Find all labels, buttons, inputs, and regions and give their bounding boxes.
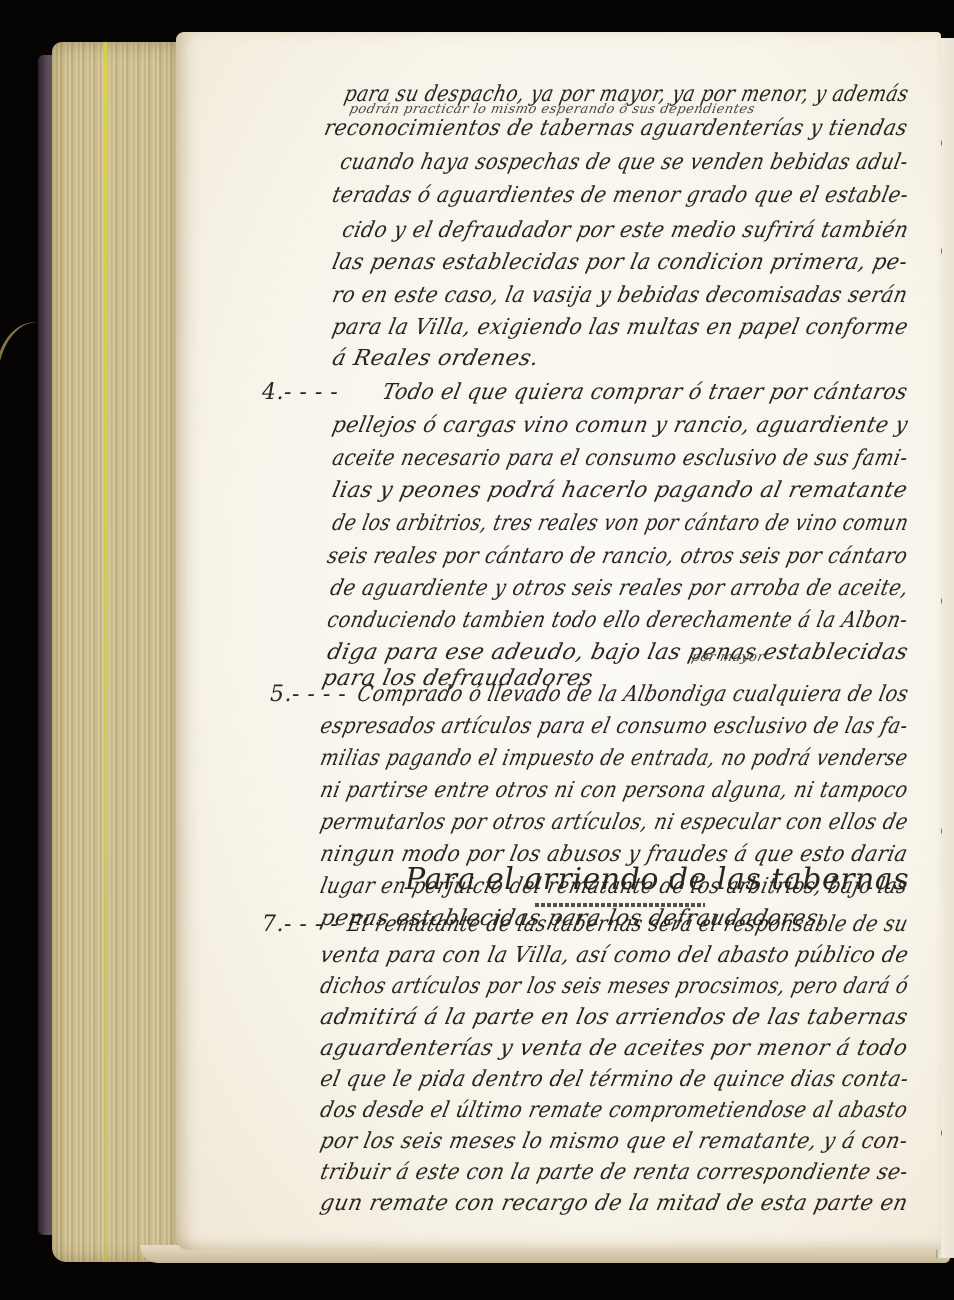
text-line: gun remate con recargo de la mitad de es… <box>318 1191 910 1216</box>
text-line: tribuir á este con la parte de renta cor… <box>318 1160 910 1185</box>
manuscript-text-clause7: 7.- - - - El rematante de las tabernas s… <box>0 0 954 1300</box>
text-line: dichos artículos por los seis meses proc… <box>318 974 911 999</box>
text-line: por los seis meses lo mismo que el remat… <box>318 1129 910 1154</box>
text-line: venta para con la Villa, así como del ab… <box>318 943 911 968</box>
text-line: dos desde el último remate comprometiend… <box>318 1098 910 1123</box>
text-line: El rematante de las tabernas será el res… <box>345 912 910 937</box>
scanned-book: para su despacho, ya por mayor, ya por m… <box>0 0 954 1300</box>
text-line: el que le pida dentro del término de qui… <box>318 1067 911 1092</box>
clause-number: 7.- - - - <box>262 912 338 937</box>
text-line: aguardenterías y venta de aceites por me… <box>318 1036 910 1061</box>
text-line: admitirá á la parte en los arriendos de … <box>318 1005 910 1030</box>
